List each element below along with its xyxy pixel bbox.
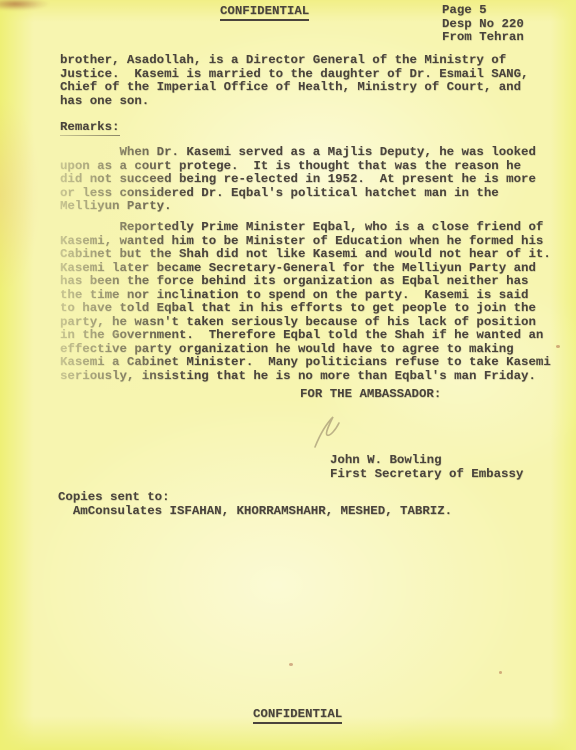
scanned-document-page: CONFIDENTIAL Page 5 Desp No 220 From Teh… — [0, 0, 576, 750]
paper-speck — [556, 345, 560, 348]
origin-post: From Tehran — [442, 31, 524, 45]
paper-speck — [499, 671, 502, 674]
classification-top: CONFIDENTIAL — [220, 5, 309, 21]
paper-speck — [289, 663, 293, 666]
signature-initials-mark — [303, 413, 353, 451]
copies-distribution-line: AmConsulates ISFAHAN, KHORRAMSHAHR, MESH… — [58, 505, 452, 519]
signer-title: First Secretary of Embassy — [330, 468, 523, 482]
paragraph-remarks-1: When Dr. Kasemi served as a Majlis Deput… — [60, 146, 536, 214]
classification-bottom: CONFIDENTIAL — [253, 708, 342, 724]
paragraph-remarks-2: Reportedly Prime Minister Eqbal, who is … — [60, 221, 551, 383]
remarks-heading: Remarks: — [60, 121, 120, 136]
paragraph-biographic: brother, Asadollah, is a Director Genera… — [60, 54, 528, 108]
copies-label: Copies sent to: — [58, 491, 170, 505]
corner-ink-smudge — [0, 0, 64, 12]
despatch-number: Desp No 220 — [442, 18, 524, 32]
page-number: Page 5 — [442, 4, 487, 18]
for-the-ambassador-line: FOR THE AMBASSADOR: — [300, 388, 441, 402]
signer-name: John W. Bowling — [330, 454, 442, 468]
